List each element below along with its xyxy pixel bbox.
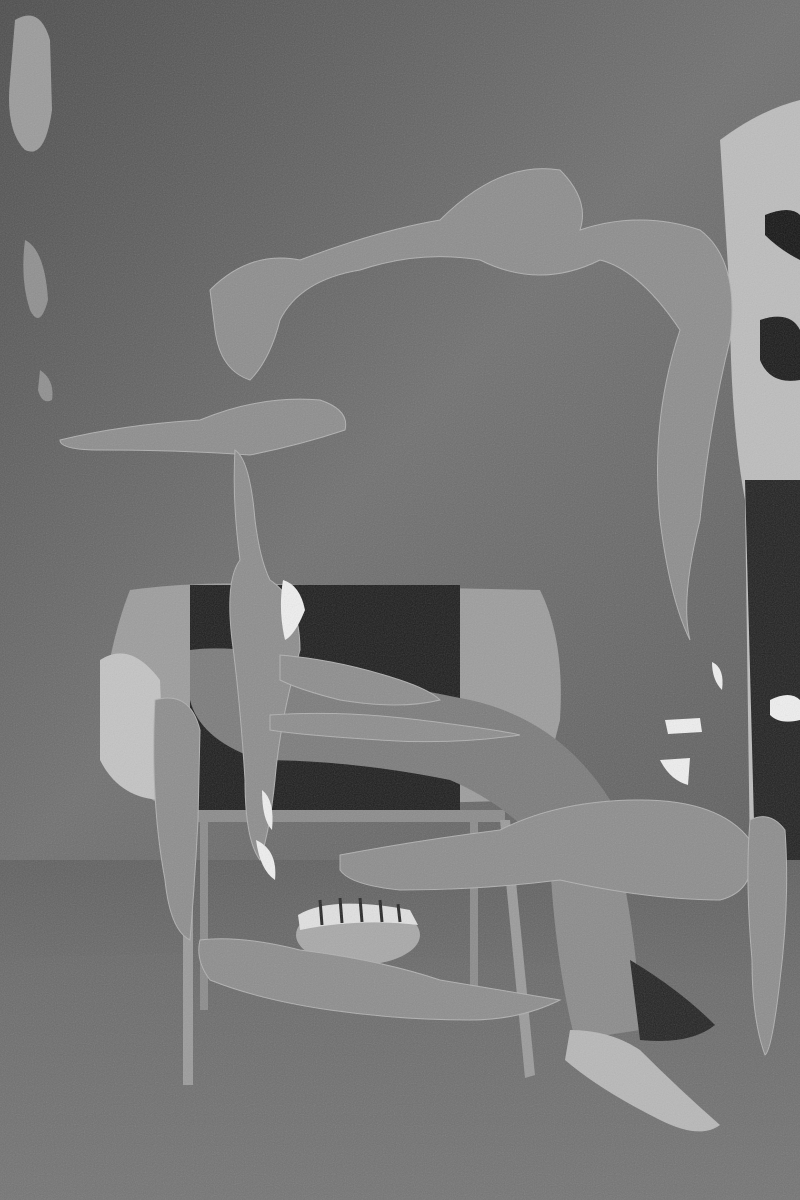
photograph (0, 0, 800, 1200)
